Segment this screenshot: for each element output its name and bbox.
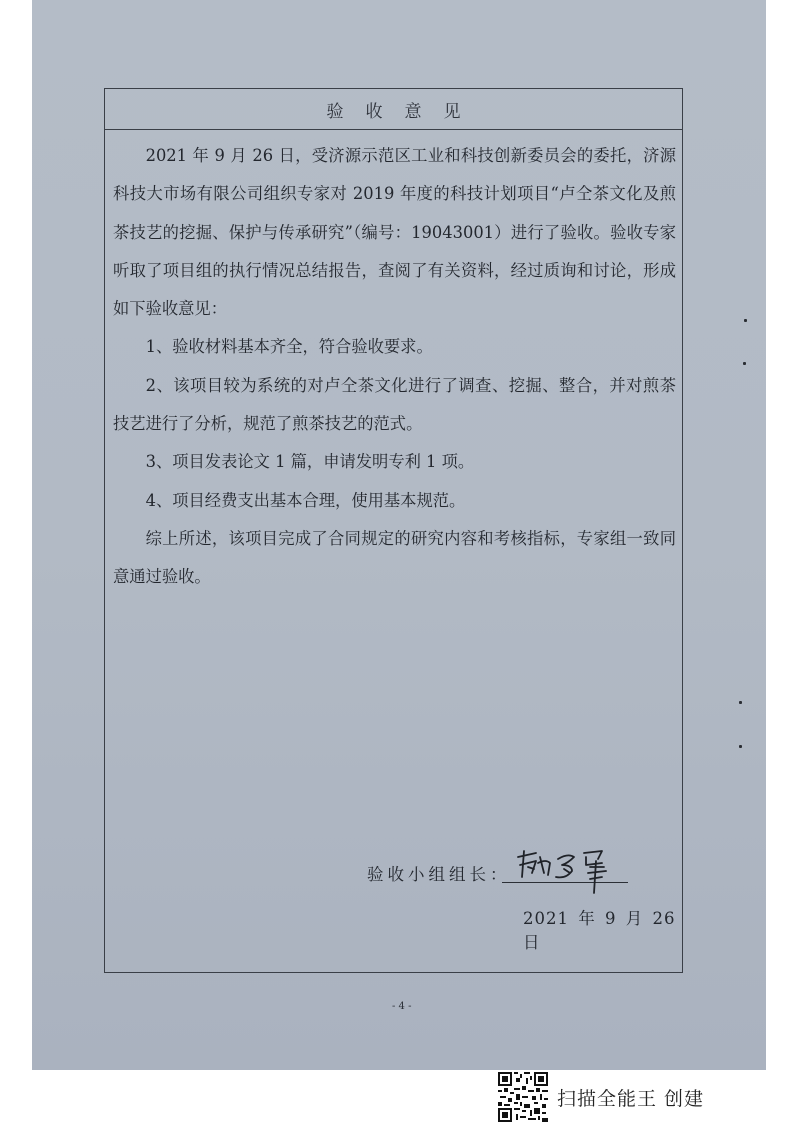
camscanner-watermark: 扫描全能王 创建 — [557, 1084, 704, 1111]
table-header: 验收意见 — [105, 89, 682, 130]
margin-dot — [744, 319, 747, 322]
paragraph-item-4: 4、项目经费支出基本合理，使用基本规范。 — [113, 482, 676, 520]
acceptance-opinion-table: 验收意见 2021 年 9 月 26 日，受济源示范区工业和科技创新委员会的委托… — [104, 88, 683, 973]
margin-dot — [739, 701, 742, 704]
paragraph-item-3: 3、项目发表论文 1 篇，申请发明专利 1 项。 — [113, 443, 676, 481]
signature-label: 验收小组组长： — [367, 861, 511, 885]
qr-code-icon — [497, 1072, 549, 1122]
margin-dot — [743, 362, 746, 365]
paragraph-item-1: 1、验收材料基本齐全，符合验收要求。 — [113, 328, 676, 366]
signature-date: 2021 年 9 月 26 日 — [523, 905, 682, 953]
handwritten-signature-icon — [510, 843, 630, 903]
opinion-body: 2021 年 9 月 26 日，受济源示范区工业和科技创新委员会的委托，济源科技… — [113, 137, 676, 597]
table-header-title: 验收意见 — [305, 97, 483, 122]
paragraph-intro: 2021 年 9 月 26 日，受济源示范区工业和科技创新委员会的委托，济源科技… — [113, 137, 676, 328]
page-number: - 4 - — [392, 1001, 411, 1012]
paragraph-item-2: 2、该项目较为系统的对卢仝茶文化进行了调查、挖掘、整合，并对煎茶技艺进行了分析，… — [113, 367, 676, 444]
margin-dot — [739, 745, 742, 748]
paragraph-conclusion: 综上所述，该项目完成了合同规定的研究内容和考核指标，专家组一致同意通过验收。 — [113, 520, 676, 597]
